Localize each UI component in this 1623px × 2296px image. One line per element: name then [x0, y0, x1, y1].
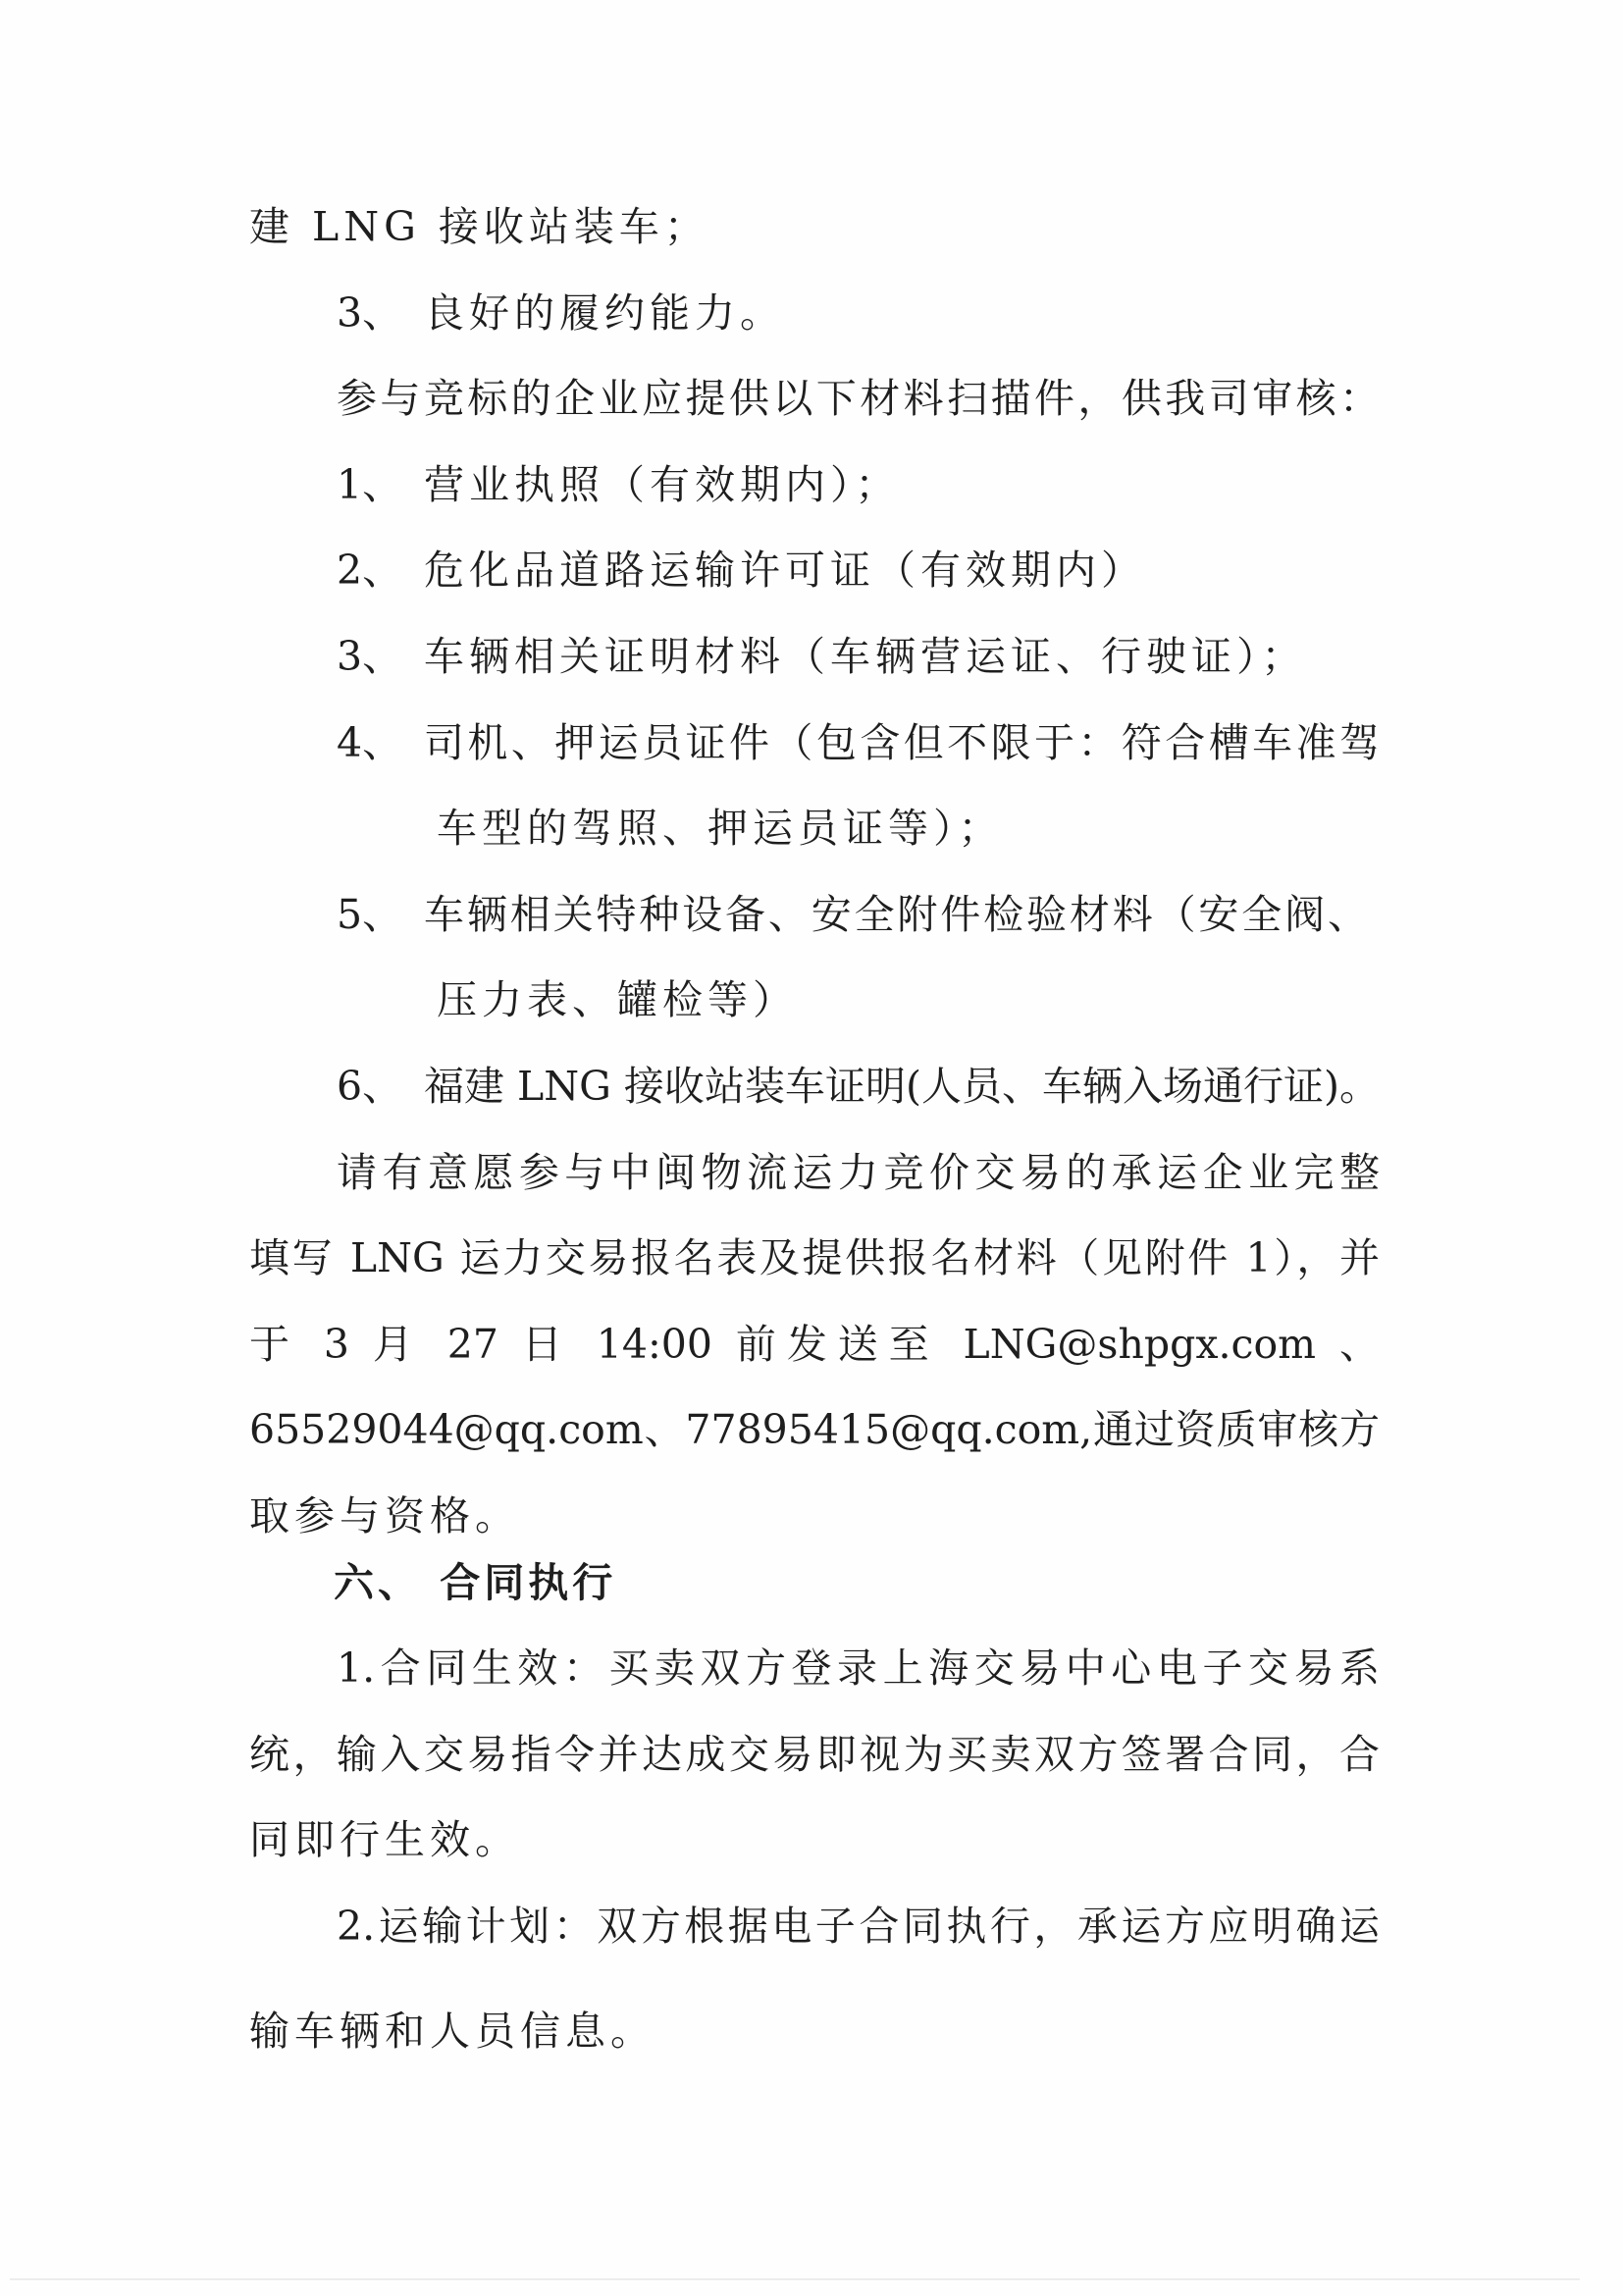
- list-item-number: 6、: [337, 1061, 402, 1112]
- paragraph-request-line: 于 3 月 27 日 14:00 前发送至 LNG@shpgx.com 、: [249, 1319, 1380, 1370]
- paragraph-transport-plan: 2.运输计划：双方根据电子合同执行，承运方应明确运: [337, 1901, 1380, 1952]
- list-item-number: 2、: [337, 545, 402, 596]
- paragraph-request: 请有意愿参与中闽物流运力竞价交易的承运企业完整: [337, 1147, 1380, 1198]
- list-item-text: 福建 LNG 接收站装车证明(人员、车辆入场通行证)。: [424, 1061, 1380, 1112]
- list-item-text: 司机、押运员证件（包含但不限于：符合槽车准驾: [424, 717, 1380, 768]
- list-item-number: 4、: [337, 717, 402, 768]
- list-item-number: 1、: [337, 459, 402, 510]
- list-item-continuation: 压力表、罐检等）: [437, 974, 798, 1025]
- list-item-text: 良好的履约能力。: [424, 287, 785, 339]
- list-item-number: 3、: [337, 287, 402, 339]
- paragraph-request-line: 填写 LNG 运力交易报名表及提供报名材料（见附件 1），并: [249, 1232, 1380, 1283]
- scan-artifact-line: [10, 2278, 1580, 2280]
- section-heading: 六、 合同执行: [334, 1557, 616, 1608]
- paragraph-continuation: 建 LNG 接收站装车；: [249, 201, 709, 252]
- paragraph-transport-plan-line: 输车辆和人员信息。: [249, 2006, 655, 2057]
- list-item-text: 车辆相关特种设备、安全附件检验材料（安全阀、: [424, 889, 1368, 940]
- paragraph-intro: 参与竞标的企业应提供以下材料扫描件，供我司审核：: [337, 373, 1380, 424]
- document-page: 建 LNG 接收站装车； 3、 良好的履约能力。 参与竞标的企业应提供以下材料扫…: [0, 0, 1623, 2296]
- paragraph-request-line: 65529044@qq.com、77895415@qq.com,通过资质审核方可…: [249, 1404, 1380, 1455]
- paragraph-request-line: 取参与资格。: [249, 1490, 520, 1541]
- list-item-text: 车辆相关证明材料（车辆营运证、行驶证）；: [424, 631, 1307, 682]
- paragraph-contract-effect-line: 同即行生效。: [249, 1814, 520, 1865]
- list-item-number: 5、: [337, 889, 402, 940]
- list-item-number: 3、: [337, 631, 402, 682]
- list-item-text: 危化品道路运输许可证（有效期内）: [424, 545, 1146, 596]
- paragraph-contract-effect: 1.合同生效：买卖双方登录上海交易中心电子交易系: [337, 1643, 1380, 1694]
- list-item-text: 营业执照（有效期内）；: [424, 459, 901, 510]
- list-item-continuation: 车型的驾照、押运员证等）；: [437, 803, 1004, 854]
- paragraph-contract-effect-line: 统，输入交易指令并达成交易即视为买卖双方签署合同，合: [249, 1729, 1380, 1780]
